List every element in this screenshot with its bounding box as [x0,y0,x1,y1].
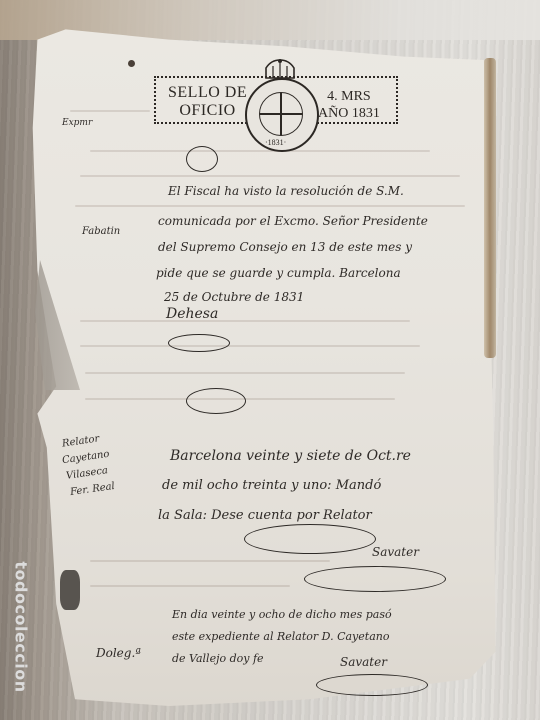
bleed-line [80,320,410,322]
paragraph-2-line-2: de mil ocho treinta y uno: Mandó [162,478,381,493]
margin-note-bottom: Doleg.ª [96,646,141,660]
bleed-line [80,175,460,177]
signature-flourish-5 [316,674,428,696]
bleed-line [90,585,290,587]
bleed-line [85,372,405,374]
paragraph-1-line-3: del Supremo Consejo en 13 de este mes y [158,240,412,254]
paragraph-1-line-2: comunicada por el Excmo. Señor President… [158,214,428,228]
ink-stain [60,570,80,610]
signature-flourish-4 [304,566,446,592]
signature-flourish-3 [244,524,376,554]
signature-savater-2: Savater [340,655,387,669]
paragraph-1-line-4: pide que se guarde y cumpla. Barcelona [156,266,401,280]
signature-dehesa: Dehesa [166,306,218,322]
paragraph-3-line-2: este expediente al Relator D. Cayetano [172,630,389,643]
paragraph-3-line-1: En dia veinte y ocho de dicho mes pasó [172,608,392,621]
signature-savater-1: Savater [372,545,419,559]
opening-flourish [186,146,218,172]
paragraph-1-line-1: El Fiscal ha visto la resolución de S.M. [168,184,404,198]
paragraph-2-line-3: la Sala: Dese cuenta por Relator [158,508,372,523]
bleed-line [90,150,430,152]
bleed-line [70,110,150,112]
paragraph-2-line-1: Barcelona veinte y siete de Oct.re [170,448,411,464]
paragraph-1-line-5: 25 de Octubre de 1831 [164,290,304,304]
margin-note-top: Expmr [62,118,92,128]
bleed-line [75,205,465,207]
burned-edge [484,58,496,358]
margin-note-fiscal: Fabatin [82,226,120,237]
seal-shield [259,92,303,136]
watermark: todocoleccion [10,542,32,712]
bleed-line [90,560,330,562]
stamp-year: AÑO 1831 [318,105,380,122]
stamp-oficio: OFICIO [168,102,247,120]
seal-year: ·1831· [265,138,286,147]
signature-flourish-1 [168,334,230,352]
stamp-value: 4. MRS [318,88,380,105]
stamp-sello-de: SELLO DE [168,84,247,102]
pin-hole [128,60,135,67]
stamp-right-text: 4. MRS AÑO 1831 [318,88,380,122]
crown-icon [263,58,297,80]
bleed-line [80,345,420,347]
paragraph-3-line-3: de Vallejo doy fe [172,652,264,665]
stamp-left-text: SELLO DE OFICIO [168,84,247,120]
signature-flourish-2 [186,388,246,414]
watermark-text: todocoleccion [12,561,31,692]
